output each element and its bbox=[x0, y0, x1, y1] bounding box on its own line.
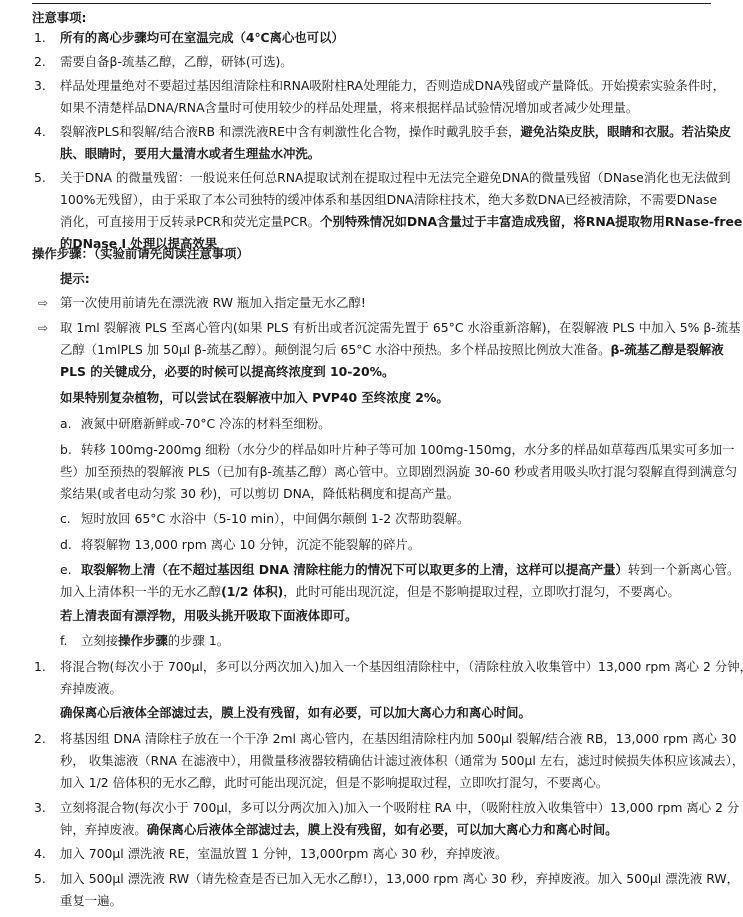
tip-line: 第一次使用前请先在漂洗液 RW 瓶加入指定量无水乙醇! bbox=[60, 294, 366, 312]
step-number: 5. bbox=[34, 870, 46, 888]
text-span: 钟，弃掉废液。 bbox=[60, 822, 147, 837]
bold-text: 避免沾染皮肤，眼睛和衣服。若沾染皮 bbox=[520, 124, 731, 139]
step-line: 将基因组 DNA 清除柱子放在一个干净 2ml 离心管内，在基因组清除柱内加 5… bbox=[60, 730, 737, 748]
step-number: 4. bbox=[34, 845, 46, 863]
text-span: 第一次使用前请先在漂洗液 RW 瓶加入指定量无水乙醇! bbox=[60, 295, 366, 310]
text-span: 加入 500μl 漂洗液 RW（请先检查是否已加入无水乙醇!），13,000 r… bbox=[60, 871, 739, 886]
text-span: 些）加至预热的裂解液 PLS（已加有β-巯基乙醇）离心管中。立即剧烈涡旋 30-… bbox=[60, 464, 737, 479]
step-line: 钟，弃掉废液。确保离心后液体全部滤过去，膜上没有残留，如有必要，可以加大离心力和… bbox=[60, 821, 618, 839]
sub-step-line: 加入上清体积一半的无水乙醇(1/2 体积)，此时可能出现沉淀，但是不影响提取过程… bbox=[60, 583, 680, 601]
text-span: 立刻接 bbox=[81, 633, 118, 648]
sub-step-line: 浆结果(或者电动匀浆 30 秒)，可以剪切 DNA，降低粘稠度和提高产量。 bbox=[60, 485, 459, 503]
list-number: 2. bbox=[34, 53, 46, 71]
list-number: 4. bbox=[34, 123, 46, 141]
text-span: 立刻将混合物(每次小于 700μl，多可以分两次加入)加入一个吸附柱 RA 中，… bbox=[60, 800, 739, 815]
sub-step-label: a. bbox=[60, 415, 72, 433]
arrow-icon: ⇨ bbox=[38, 294, 48, 312]
text-span: ，此时可能出现沉淀，但是不影响提取过程，立即吹打混匀，不要离心。 bbox=[283, 584, 680, 599]
note-line: 关于DNA 的微量残留：一般说来任何总RNA提取试剂在提取过程中无法完全避免DN… bbox=[60, 169, 731, 187]
sub-step-line: 转移 100mg-200mg 细粉（水分少的样品如叶片种子等可加 100mg-1… bbox=[81, 441, 735, 459]
step-line: 重复一遍。 bbox=[60, 892, 122, 910]
step-line: 加入 500μl 漂洗液 RW（请先检查是否已加入无水乙醇!），13,000 r… bbox=[60, 870, 739, 888]
procedure-title: 操作步骤：（实验前请先阅读注意事项） bbox=[32, 245, 249, 263]
sub-step-line: 立刻接操作步骤的步骤 1。 bbox=[81, 632, 229, 650]
note-line: 需要自备β-巯基乙醇，乙醇，研钵(可选)。 bbox=[60, 53, 293, 71]
sub-step-line: 将裂解物 13,000 rpm 离心 10 分钟，沉淀不能裂解的碎片。 bbox=[81, 536, 420, 554]
text-span: 的步骤 1。 bbox=[168, 633, 229, 648]
text-span: 关于DNA 的微量残留：一般说来任何总RNA提取试剂在提取过程中无法完全避免DN… bbox=[60, 170, 731, 185]
arrow-icon: ⇨ bbox=[38, 319, 48, 337]
step-number: 1. bbox=[34, 658, 46, 676]
text-span: 将混合物(每次小于 700μl，多可以分两次加入)加入一个基因组清除柱中，（清除… bbox=[60, 659, 743, 674]
text-span: 100%无残留），由于采取了本公司独特的缓冲体系和基因组DNA清除柱技术，绝大多… bbox=[60, 192, 717, 207]
sub-step-label: d. bbox=[60, 536, 72, 554]
text-span: 取 1ml 裂解液 PLS 至离心管内(如果 PLS 有析出或者沉淀需先置于 6… bbox=[60, 320, 741, 335]
list-number: 1. bbox=[34, 29, 46, 47]
bold-text: 若上清表面有漂浮物，用吸头挑开吸取下面液体即可。 bbox=[60, 608, 357, 623]
step-line: 立刻将混合物(每次小于 700μl，多可以分两次加入)加入一个吸附柱 RA 中，… bbox=[60, 799, 739, 817]
text-span: 液氮中研磨新鲜或-70°C 冷冻的材料至细粉。 bbox=[81, 416, 331, 431]
top-rule bbox=[32, 3, 711, 4]
text-span: 消化，可直接用于反转录PCR和荧光定量PCR。 bbox=[60, 214, 320, 229]
step-line: 确保离心后液体全部滤过去，膜上没有残留，如有必要，可以加大离心力和离心时间。 bbox=[60, 704, 531, 722]
bold-text: 操作步骤 bbox=[118, 633, 168, 648]
note-line: 所有的离心步骤均可在室温完成（4℃离心也可以） bbox=[60, 29, 344, 47]
text-span: 裂解液PLS和裂解/结合液RB 和漂洗液RE中含有刺激性化合物，操作时戴乳胶手套… bbox=[60, 124, 520, 139]
tip-line: 乙醇（1mlPLS 加 50μl β-巯基乙醇）。颠倒混匀后 65°C 水浴中预… bbox=[60, 341, 724, 359]
text-span: 加入 1/2 倍体积的无水乙醇，此时可能出现沉淀，但是不影响提取过程，立即吹打混… bbox=[60, 775, 608, 790]
text-span: 样品处理量绝对不要超过基因组清除柱和RNA吸附柱RA处理能力，否则造成DNA残留… bbox=[60, 78, 725, 93]
bold-text: 所有的离心步骤均可在室温完成（4℃离心也可以） bbox=[60, 30, 344, 45]
step-number: 3. bbox=[34, 799, 46, 817]
bold-text: 取裂解物上清（在不超过基因组 DNA 清除柱能力的情况下可以取更多的上清，这样可… bbox=[81, 562, 628, 577]
text-span: 短时放回 65°C 水浴中（5-10 min），中间偶尔颠倒 1-2 次帮助裂解… bbox=[81, 511, 469, 526]
sub-step-label: c. bbox=[60, 510, 71, 528]
text-span: 将基因组 DNA 清除柱子放在一个干净 2ml 离心管内，在基因组清除柱内加 5… bbox=[60, 731, 737, 746]
note-line: 裂解液PLS和裂解/结合液RB 和漂洗液RE中含有刺激性化合物，操作时戴乳胶手套… bbox=[60, 123, 731, 141]
text-span: 浆结果(或者电动匀浆 30 秒)，可以剪切 DNA，降低粘稠度和提高产量。 bbox=[60, 486, 459, 501]
text-span: 乙醇（1mlPLS 加 50μl β-巯基乙醇）。颠倒混匀后 65°C 水浴中预… bbox=[60, 342, 611, 357]
text-span: 转移 100mg-200mg 细粉（水分少的样品如叶片种子等可加 100mg-1… bbox=[81, 442, 735, 457]
text-span: 将裂解物 13,000 rpm 离心 10 分钟，沉淀不能裂解的碎片。 bbox=[81, 537, 420, 552]
note-line: 100%无残留），由于采取了本公司独特的缓冲体系和基因组DNA清除柱技术，绝大多… bbox=[60, 191, 717, 209]
step-line: 将混合物(每次小于 700μl，多可以分两次加入)加入一个基因组清除柱中，（清除… bbox=[60, 658, 743, 676]
step-line: 加入 1/2 倍体积的无水乙醇，此时可能出现沉淀，但是不影响提取过程，立即吹打混… bbox=[60, 774, 608, 792]
step-number: 2. bbox=[34, 730, 46, 748]
tips-title: 提示: bbox=[60, 270, 90, 288]
tip-line: 取 1ml 裂解液 PLS 至离心管内(如果 PLS 有析出或者沉淀需先置于 6… bbox=[60, 319, 741, 337]
text-span: 如果不清楚样品DNA/RNA含量时可使用较少的样品处理量，将来根据样品试验情况增… bbox=[60, 100, 638, 115]
bold-text: (1/2 体积) bbox=[221, 584, 283, 599]
bold-text: 个别特殊情况如DNA含量过于丰富造成残留，将RNA提取物用RNase-free bbox=[320, 214, 742, 229]
bold-text: PLS 的关键成分，必要的时候可以提高终浓度到 10-20%。 bbox=[60, 364, 394, 379]
text-span: 加入上清体积一半的无水乙醇 bbox=[60, 584, 221, 599]
note-line: 样品处理量绝对不要超过基因组清除柱和RNA吸附柱RA处理能力，否则造成DNA残留… bbox=[60, 77, 725, 95]
sub-step-line: 液氮中研磨新鲜或-70°C 冷冻的材料至细粉。 bbox=[81, 415, 331, 433]
sub-step-line: 些）加至预热的裂解液 PLS（已加有β-巯基乙醇）离心管中。立即剧烈涡旋 30-… bbox=[60, 463, 737, 481]
text-span: 弃掉废液。 bbox=[60, 681, 122, 696]
text-span: 重复一遍。 bbox=[60, 893, 122, 908]
tip-line: PLS 的关键成分，必要的时候可以提高终浓度到 10-20%。 bbox=[60, 363, 394, 381]
text-span: 转到一个新离心管。 bbox=[628, 562, 740, 577]
sub-step-label: b. bbox=[60, 441, 72, 459]
sub-step-line: 若上清表面有漂浮物，用吸头挑开吸取下面液体即可。 bbox=[60, 607, 357, 625]
note-line: 消化，可直接用于反转录PCR和荧光定量PCR。个别特殊情况如DNA含量过于丰富造… bbox=[60, 213, 742, 231]
bold-text: β-巯基乙醇是裂解液 bbox=[611, 342, 724, 357]
step-line: 秒， 收集滤液（RNA 在滤液中），用微量移液器较精确估计滤过液体积（通常为 5… bbox=[60, 752, 743, 770]
sub-step-label: f. bbox=[60, 632, 67, 650]
text-span: 加入 700μl 漂洗液 RE，室温放置 1 分钟，13,000rpm 离心 3… bbox=[60, 846, 508, 861]
step-line: 加入 700μl 漂洗液 RE，室温放置 1 分钟，13,000rpm 离心 3… bbox=[60, 845, 508, 863]
text-span: 秒， 收集滤液（RNA 在滤液中），用微量移液器较精确估计滤过液体积（通常为 5… bbox=[60, 753, 743, 768]
note-line: 如果不清楚样品DNA/RNA含量时可使用较少的样品处理量，将来根据样品试验情况增… bbox=[60, 99, 638, 117]
bold-text: 确保离心后液体全部滤过去，膜上没有残留，如有必要，可以加大离心力和离心时间。 bbox=[147, 822, 618, 837]
bold-text: 确保离心后液体全部滤过去，膜上没有残留，如有必要，可以加大离心力和离心时间。 bbox=[60, 705, 531, 720]
sub-step-line: 取裂解物上清（在不超过基因组 DNA 清除柱能力的情况下可以取更多的上清，这样可… bbox=[81, 561, 739, 579]
note-line: 肤、眼睛时，要用大量清水或者生理盐水冲洗。 bbox=[60, 145, 320, 163]
bold-text: 肤、眼睛时，要用大量清水或者生理盐水冲洗。 bbox=[60, 146, 320, 161]
list-number: 5. bbox=[34, 169, 46, 187]
text-span: 需要自备β-巯基乙醇，乙醇，研钵(可选)。 bbox=[60, 54, 293, 69]
sub-step-label: e. bbox=[60, 561, 72, 579]
list-number: 3. bbox=[34, 77, 46, 95]
notes-title: 注意事项: bbox=[32, 9, 87, 27]
step-line: 弃掉废液。 bbox=[60, 680, 122, 698]
sub-step-line: 短时放回 65°C 水浴中（5-10 min），中间偶尔颠倒 1-2 次帮助裂解… bbox=[81, 510, 469, 528]
plant-note: 如果特别复杂植物，可以尝试在裂解液中加入 PVP40 至终浓度 2%。 bbox=[60, 389, 449, 407]
